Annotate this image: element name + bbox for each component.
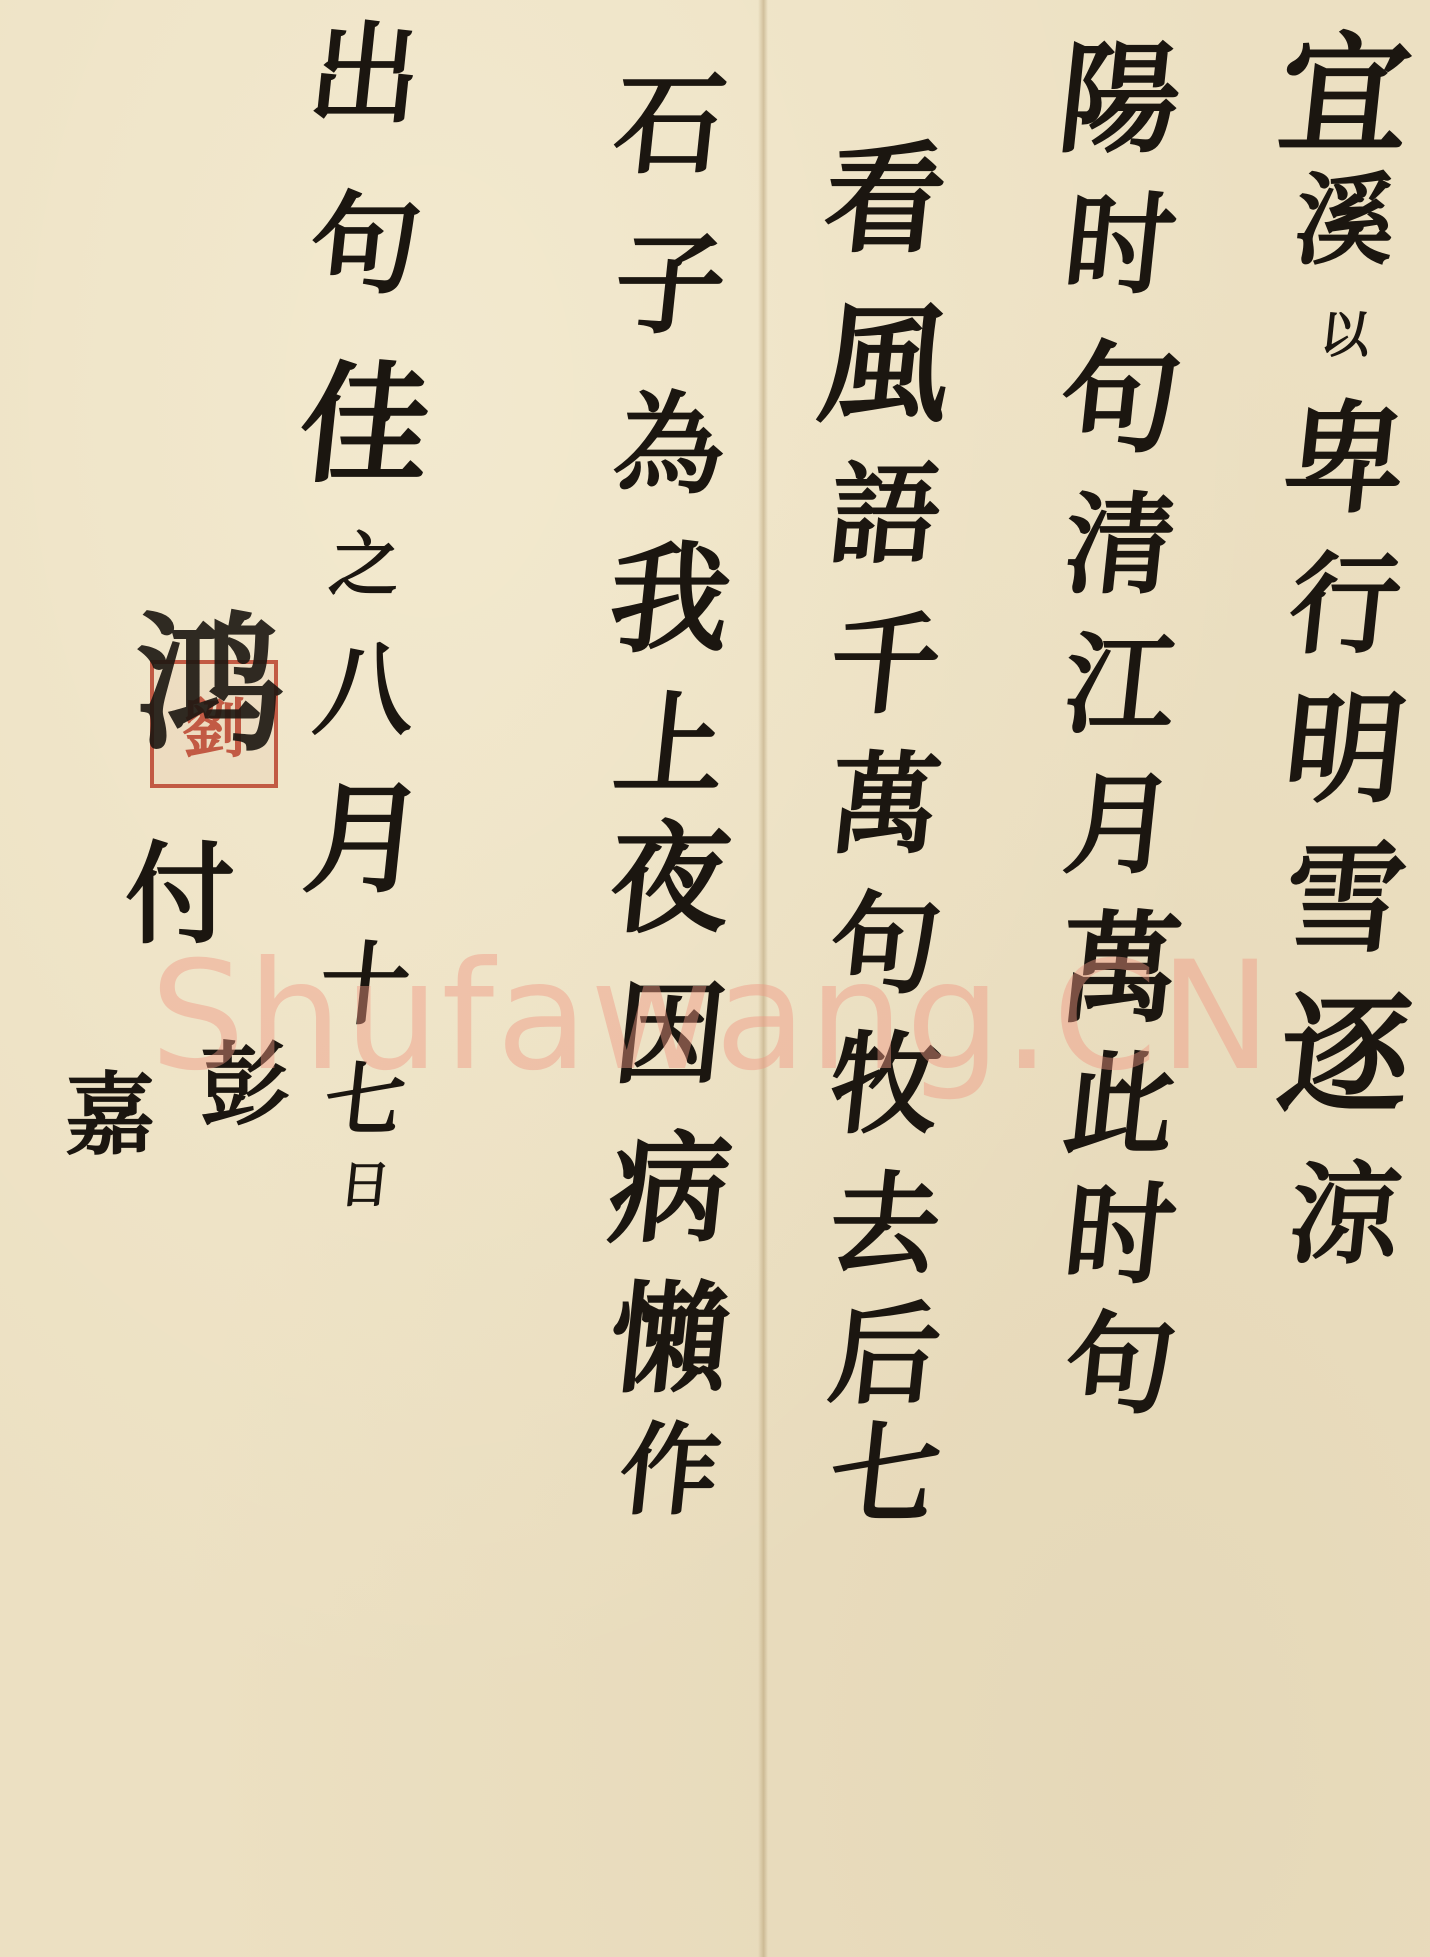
glyph: 时 bbox=[1059, 190, 1181, 300]
glyph: 我 bbox=[604, 540, 737, 660]
glyph: 句 bbox=[304, 190, 426, 300]
glyph: 日 bbox=[337, 1160, 392, 1210]
glyph: 陽 bbox=[1054, 40, 1187, 160]
watermark-text: Shufawang.CN bbox=[150, 930, 1274, 1104]
signature-char-3: 嘉 bbox=[65, 1070, 155, 1160]
glyph: 石 bbox=[609, 70, 731, 180]
text-column-1: 宜 溪 以 卑 行 明 雪 逐 涼 bbox=[1265, 30, 1425, 1270]
glyph: 夜 bbox=[604, 820, 737, 940]
glyph: 去 bbox=[824, 1170, 946, 1280]
glyph: 宜 bbox=[1273, 30, 1417, 160]
glyph: 雪 bbox=[1279, 840, 1412, 960]
text-column-3: 看 風 語 千 萬 句 牧 去 后 七 bbox=[800, 140, 970, 1530]
text-column-2: 陽 时 句 清 江 月 萬 此 时 句 bbox=[1040, 40, 1200, 1420]
glyph: 江 bbox=[1059, 630, 1181, 740]
glyph: 后 bbox=[824, 1300, 946, 1410]
glyph: 七 bbox=[824, 1420, 946, 1530]
glyph: 涼 bbox=[1284, 1160, 1406, 1270]
glyph: 懶 bbox=[604, 1280, 737, 1400]
glyph: 子 bbox=[609, 230, 731, 340]
glyph: 萬 bbox=[824, 750, 946, 860]
glyph: 出 bbox=[304, 20, 426, 130]
glyph: 病 bbox=[604, 1130, 737, 1250]
glyph: 明 bbox=[1279, 690, 1412, 810]
glyph: 溪 bbox=[1290, 170, 1401, 270]
glyph: 月 bbox=[299, 780, 432, 900]
glyph: 句 bbox=[1059, 1310, 1181, 1420]
glyph: 上 bbox=[609, 690, 731, 800]
glyph: 千 bbox=[824, 610, 946, 720]
glyph: 时 bbox=[1059, 1180, 1181, 1290]
glyph: 為 bbox=[609, 390, 731, 500]
glyph: 佳 bbox=[293, 360, 437, 490]
text-column-4: 石 子 為 我 上 夜 因 病 懶 作 bbox=[590, 70, 750, 1520]
glyph: 看 bbox=[819, 140, 952, 260]
glyph: 月 bbox=[1059, 770, 1181, 880]
glyph: 以 bbox=[1317, 310, 1372, 360]
glyph: 八 bbox=[310, 640, 421, 740]
glyph: 卑 bbox=[1279, 400, 1412, 520]
glyph: 語 bbox=[824, 460, 946, 570]
glyph: 行 bbox=[1284, 550, 1406, 660]
glyph: 作 bbox=[615, 1420, 726, 1520]
glyph: 之 bbox=[326, 530, 403, 600]
glyph: 逐 bbox=[1273, 990, 1417, 1120]
glyph: 句 bbox=[1054, 340, 1187, 460]
glyph: 清 bbox=[1059, 490, 1181, 600]
seal-overlay-glyph: 鸿 bbox=[135, 610, 285, 760]
glyph: 風 bbox=[813, 300, 957, 430]
